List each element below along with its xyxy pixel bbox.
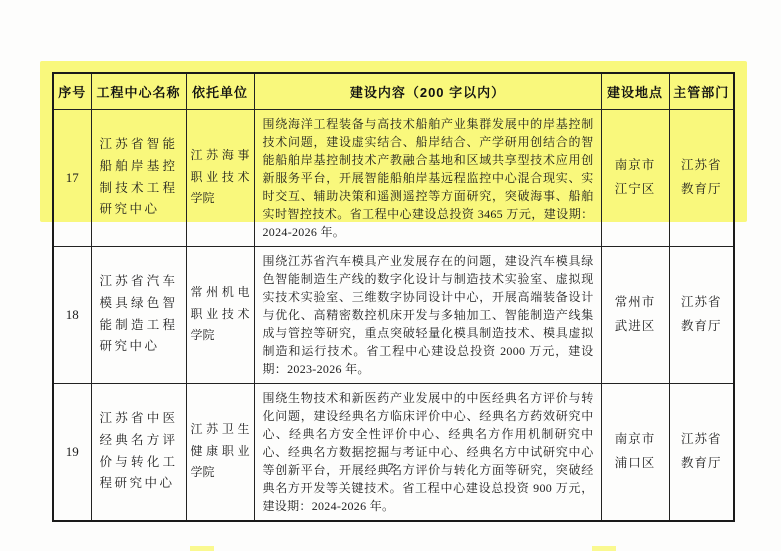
header-cell-index: 序号 (53, 73, 91, 109)
table-row-18: 18 江苏省汽车模具绿色智能制造工程研究中心 常州机电职业技术学院 围绕江苏省汽… (53, 246, 734, 383)
cell-unit: 江苏卫生健康职业学院 (186, 383, 254, 521)
cell-unit: 常州机电职业技术学院 (186, 246, 254, 383)
scanned-page: 序号 工程中心名称 依托单位 建设内容（200 字以内） 建设地点 主管部门 1… (0, 0, 781, 551)
cell-content: 围绕江苏省汽车模具产业发展存在的问题，建设汽车模具绿色智能制造生产线的数字化设计… (254, 246, 601, 383)
cell-content: 围绕海洋工程装备与高技术船舶产业集群发展中的岸基控制技术问题，建设虚实结合、船岸… (254, 109, 601, 246)
cell-center-name: 江苏省智能船舶岸基控制技术工程研究中心 (91, 109, 186, 246)
header-cell-name: 工程中心名称 (91, 73, 186, 109)
cell-location: 南京市 江宁区 (601, 109, 669, 246)
cell-content: 围绕生物技术和新医药产业发展中的中医经典名方评价与转化问题，建设经典名方临床评价… (254, 383, 601, 521)
header-cell-location: 建设地点 (601, 73, 669, 109)
cell-index: 19 (53, 383, 91, 521)
header-cell-department: 主管部门 (669, 73, 734, 109)
cell-department: 江苏省 教育厅 (669, 383, 734, 521)
highlighter-bleed-mark (190, 546, 214, 551)
header-cell-unit: 依托单位 (186, 73, 254, 109)
centers-table: 序号 工程中心名称 依托单位 建设内容（200 字以内） 建设地点 主管部门 1… (52, 72, 735, 522)
cell-center-name: 江苏省汽车模具绿色智能制造工程研究中心 (91, 246, 186, 383)
cell-location: 南京市 浦口区 (601, 383, 669, 521)
cell-index: 17 (53, 109, 91, 246)
cell-unit: 江苏海事职业技术学院 (186, 109, 254, 246)
table-row-17: 17 江苏省智能船舶岸基控制技术工程研究中心 江苏海事职业技术学院 围绕海洋工程… (53, 109, 734, 246)
table-row-19: 19 江苏省中医经典名方评价与转化工程研究中心 江苏卫生健康职业学院 围绕生物技… (53, 383, 734, 521)
highlighter-bleed-mark (592, 546, 616, 551)
table-header-row: 序号 工程中心名称 依托单位 建设内容（200 字以内） 建设地点 主管部门 (53, 73, 734, 109)
cell-location: 常州市 武进区 (601, 246, 669, 383)
page-number: 7 (0, 461, 781, 476)
cell-center-name: 江苏省中医经典名方评价与转化工程研究中心 (91, 383, 186, 521)
cell-department: 江苏省 教育厅 (669, 246, 734, 383)
header-cell-content: 建设内容（200 字以内） (254, 73, 601, 109)
cell-department: 江苏省 教育厅 (669, 109, 734, 246)
cell-index: 18 (53, 246, 91, 383)
